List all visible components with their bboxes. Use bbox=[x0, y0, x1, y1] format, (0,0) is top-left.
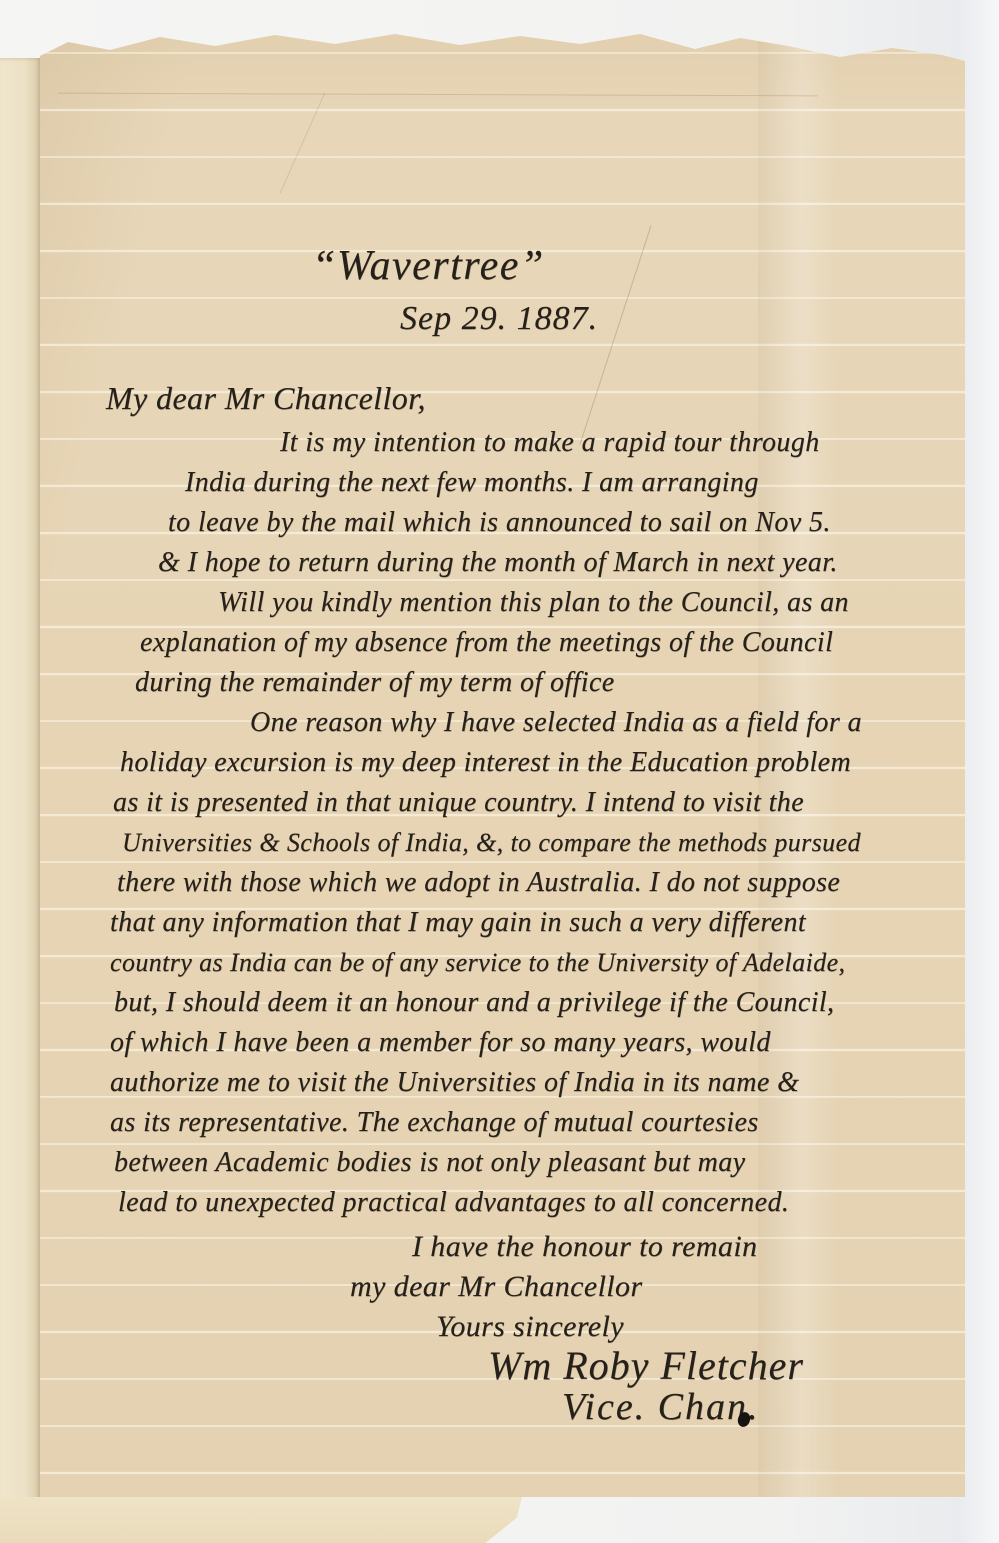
signature-name: Wm Roby Fletcher bbox=[488, 1342, 804, 1389]
body-line: authorize me to visit the Universities o… bbox=[110, 1067, 799, 1099]
body-line: during the remainder of my term of offic… bbox=[135, 667, 615, 699]
body-line: as it is presented in that unique countr… bbox=[113, 787, 804, 819]
letter-page: “Wavertree” Sep 29. 1887. My dear Mr Cha… bbox=[40, 30, 965, 1497]
body-line: Will you kindly mention this plan to the… bbox=[218, 587, 849, 619]
body-line: India during the next few months. I am a… bbox=[185, 467, 759, 499]
under-sheet-bottom bbox=[0, 1497, 522, 1543]
body-line: country as India can be of any service t… bbox=[110, 948, 845, 978]
closing-line: Yours sincerely bbox=[436, 1310, 624, 1344]
body-line: to leave by the mail which is announced … bbox=[168, 507, 831, 539]
signature-title: Vice. Chan. bbox=[562, 1385, 760, 1429]
letterhead-place: “Wavertree” bbox=[312, 242, 545, 290]
closing-line: my dear Mr Chancellor bbox=[350, 1270, 643, 1304]
body-line: of which I have been a member for so man… bbox=[110, 1027, 771, 1059]
body-line: It is my intention to make a rapid tour … bbox=[280, 427, 820, 459]
body-line: lead to unexpected practical advantages … bbox=[118, 1187, 789, 1219]
under-sheet-left-edge bbox=[0, 58, 42, 1543]
scanned-letter: “Wavertree” Sep 29. 1887. My dear Mr Cha… bbox=[0, 0, 999, 1543]
body-line: as its representative. The exchange of m… bbox=[110, 1107, 759, 1139]
body-line: holiday excursion is my deep interest in… bbox=[120, 747, 851, 779]
salutation: My dear Mr Chancellor, bbox=[106, 380, 426, 417]
closing-line: I have the honour to remain bbox=[412, 1230, 757, 1264]
body-line: & I hope to return during the month of M… bbox=[158, 547, 838, 579]
body-line: there with those which we adopt in Austr… bbox=[117, 867, 840, 899]
body-line: explanation of my absence from the meeti… bbox=[140, 627, 833, 659]
body-line: but, I should deem it an honour and a pr… bbox=[114, 987, 834, 1019]
body-line: that any information that I may gain in … bbox=[110, 907, 806, 939]
body-line: One reason why I have selected India as … bbox=[250, 707, 862, 739]
body-line: Universities & Schools of India, &, to c… bbox=[122, 828, 861, 858]
body-line: between Academic bodies is not only plea… bbox=[114, 1147, 746, 1179]
letter-date: Sep 29. 1887. bbox=[400, 300, 598, 338]
